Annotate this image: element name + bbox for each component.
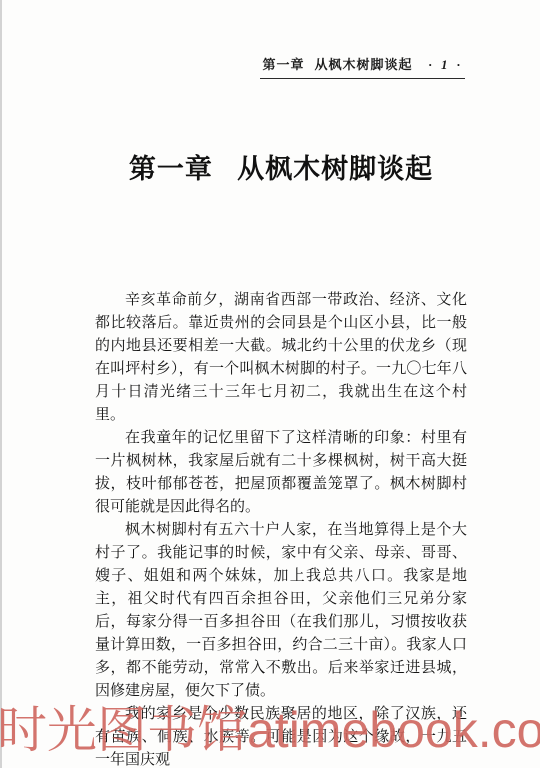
running-header-chapter-title: 从枫木树脚谈起: [314, 57, 412, 72]
watermark: 时光图书馆atimebook.com: [0, 701, 540, 759]
scan-edge-line: [0, 0, 2, 768]
chapter-title: 第一章从枫木树脚谈起: [95, 147, 467, 186]
running-header: 第一章从枫木树脚谈起· 1 ·: [260, 54, 465, 79]
paragraph: 在我童年的记忆里留下了这样清晰的印象：村里有一片枫树林，我家屋后就有二十多棵枫树…: [95, 427, 467, 519]
book-page: 第一章从枫木树脚谈起· 1 · 第一章从枫木树脚谈起 辛亥革命前夕，湖南省西部一…: [0, 0, 540, 768]
body-text: 辛亥革命前夕，湖南省西部一带政治、经济、文化都比较落后。靠近贵州的会同县是个山区…: [95, 289, 467, 768]
paragraph: 辛亥革命前夕，湖南省西部一带政治、经济、文化都比较落后。靠近贵州的会同县是个山区…: [95, 289, 467, 427]
page-number: · 1 ·: [429, 57, 464, 72]
watermark-text: 时光图书馆atimebook.com: [0, 702, 540, 758]
chapter-title-label: 第一章: [129, 154, 213, 184]
chapter-title-text: 从枫木树脚谈起: [237, 154, 433, 184]
paragraph: 枫木树脚村有五六十户人家，在当地算得上是个大村子了。我能记事的时候，家中有父亲、…: [95, 519, 467, 703]
running-header-chapter-label: 第一章: [262, 57, 304, 72]
